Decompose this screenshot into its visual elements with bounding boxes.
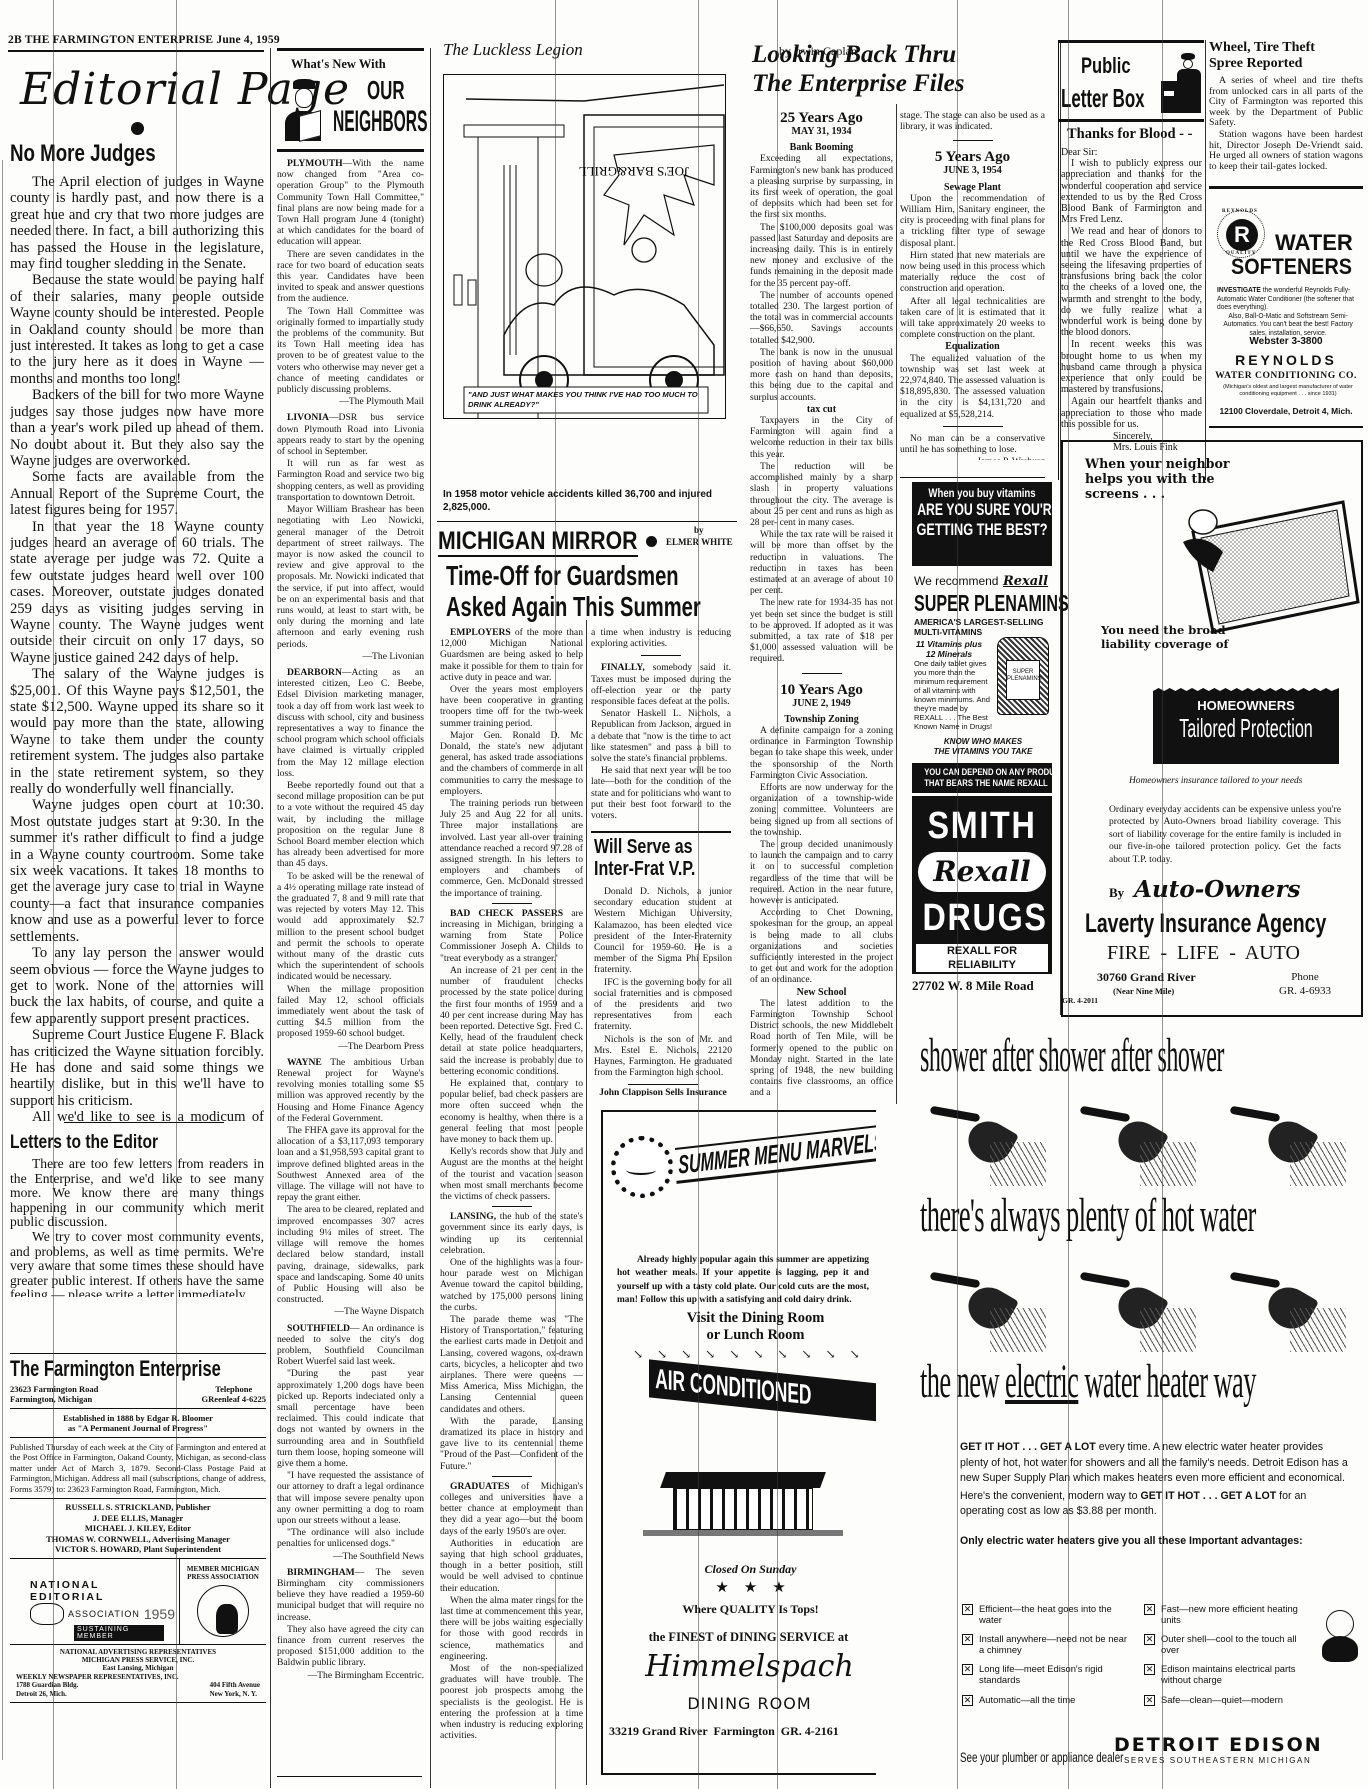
reading-man-icon — [281, 79, 325, 143]
nea-badge: NATIONAL EDITORIAL ASSOCIATION 1959 SUST… — [10, 1559, 180, 1644]
vitamin-bottle-icon: SUPER PLENAMINS — [997, 637, 1049, 715]
looking-back-col1: 25 Years Ago MAY 31, 1934 Bank Booming E… — [750, 110, 893, 1100]
public-letter-box: Public Letter Box Thanks for Blood - - D… — [1058, 40, 1204, 480]
interfrat-headline: Will Serve as Inter-Frat V.P. — [594, 836, 732, 880]
michigan-map-icon — [197, 1585, 249, 1637]
restaurant-ad: SUMMER MENU MARVELS Already highly popul… — [601, 1110, 876, 1775]
shower-head-icon — [1080, 1102, 1200, 1192]
publication-notice: Published Thursday of each week at the C… — [10, 1437, 266, 1498]
nea-emblem-icon — [30, 1603, 64, 1625]
cartoon-caption: "AND JUST WHAT MAKES YOU THINK I'VE HAD … — [468, 390, 704, 410]
auto-owners-ad: When your neighbor helps you with the sc… — [1061, 440, 1363, 1017]
reynolds-logo: R REYNOLDS QUALITY — [1217, 210, 1265, 258]
smiling-sun-icon — [611, 1136, 673, 1198]
staff-list: RUSSELL S. STRICKLAND, Publisher J. DEE … — [10, 1498, 266, 1558]
shower-head-icon — [1230, 1268, 1350, 1358]
publisher-name: The Farmington Enterprise — [10, 1356, 202, 1382]
michigan-mirror-col2: a time when industry is reducing explori… — [591, 627, 731, 827]
checkbox-x-icon: ✕ — [962, 1695, 973, 1706]
rexall-logo: Rexall — [1003, 574, 1048, 589]
cartoon: The Luckless Legion by Irwin Caplan — [443, 40, 728, 60]
neighbors-item-wayne: WAYNE The ambitious Urban Renewal projec… — [277, 1057, 424, 1318]
interfrat-story: Will Serve as Inter-Frat V.P. Donald D. … — [594, 836, 732, 1096]
shower-head-icon — [930, 1268, 1050, 1358]
checkbox-x-icon: ✕ — [962, 1604, 973, 1615]
looking-back-col2: stage. The stage can also be used as a l… — [900, 110, 1045, 460]
cartoon-frame: JOE'S BAR&GRILL "AND JUST WHAT MAKES YOU… — [443, 74, 726, 419]
air-conditioned-banner: AIR CONDITIONED — [649, 1359, 876, 1422]
neighbors-item-plymouth: PLYMOUTH—With the name now changed from … — [277, 158, 424, 407]
michigan-mirror-header: MICHIGAN MIRROR by ELMER WHITE — [438, 525, 736, 557]
rexall-ad: When you buy vitamins ARE YOU SURE YOU'R… — [912, 482, 1052, 1007]
letters-to-editor: Letters to the Editor There are too few … — [10, 1132, 264, 1297]
neighbors-header: What's New With OUR NEIGHBORS — [277, 48, 424, 152]
publisher-phone: GReenleaf 4-6225 — [202, 1394, 266, 1404]
michigan-mirror-headline: Time-Off for Guardsmen Asked Again This … — [446, 560, 727, 622]
bullet-ornament — [131, 122, 144, 135]
cool-air-arrows: ↘↘↘↘↘↘↘↘↘↘ — [633, 1347, 873, 1362]
publisher-box: The Farmington Enterprise 23623 Farmingt… — [10, 1356, 266, 1701]
advantages-list-right: ✕Fast—new more efficient heating units ✕… — [1144, 1604, 1304, 1706]
agency-phone: GR. 4-6933 — [1279, 984, 1331, 998]
checkbox-x-icon: ✕ — [1144, 1604, 1155, 1615]
neighbors-item-dearborn: DEARBORN—Acting as an interested citizen… — [277, 667, 424, 1052]
auto-owners-logo: Auto-Owners — [1134, 876, 1300, 903]
cartoon-footnote: In 1958 motor vehicle accidents killed 3… — [443, 488, 728, 514]
checkbox-x-icon: ✕ — [962, 1664, 973, 1675]
page-line: 2B THE FARMINGTON ENTERPRISE June 4, 195… — [8, 34, 264, 46]
shower-heads-row-1 — [930, 1102, 1350, 1192]
svg-text:JOE'S BAR&GRILL: JOE'S BAR&GRILL — [579, 164, 689, 179]
editorial-body: The April election of judges in Wayne co… — [10, 174, 264, 1125]
michigan-mirror-col1: EMPLOYERS of the more than 12,000 Michig… — [440, 627, 583, 1787]
reynolds-ad: R REYNOLDS QUALITY WATER SOFTENERS INVES… — [1209, 194, 1363, 430]
stars-icon: ★ ★ ★ — [603, 1578, 876, 1597]
neighbors-item-birmingham: BIRMINGHAM— The seven Birmingham city co… — [277, 1567, 424, 1681]
shower-head-icon — [930, 1102, 1050, 1192]
cartoon-title: The Luckless Legion — [443, 40, 583, 60]
restaurant-building-illustration — [663, 1442, 823, 1542]
smith-rexall-drugs-logo: SMITH Rexall DRUGS REXALL FOR RELIABILIT… — [912, 796, 1052, 974]
rexall-banner: When you buy vitamins ARE YOU SURE YOU'R… — [912, 482, 1052, 566]
ad-reps: NATIONAL ADVERTISING REPRESENTATIVES MIC… — [10, 1644, 266, 1701]
editorial-column: No More Judges The April election of jud… — [10, 140, 264, 1125]
checkbox-x-icon: ✕ — [1144, 1695, 1155, 1706]
detroit-edison-logo: DETROIT EDISON — [1114, 1734, 1323, 1756]
screen-illustration-icon — [1173, 492, 1363, 642]
checkbox-x-icon: ✕ — [1144, 1664, 1155, 1675]
neighbors-column: PLYMOUTH—With the name now changed from … — [277, 158, 424, 1783]
shower-head-icon — [1080, 1268, 1200, 1358]
neighbors-item-livonia: LIVONIA—DSR bus service down Plymouth Ro… — [277, 412, 424, 661]
quote: No man can be a conservative until he ha… — [900, 433, 1045, 455]
shower-head-icon — [1230, 1102, 1350, 1192]
editorial-headline: No More Judges — [10, 140, 208, 168]
mailbox-man-icon — [1161, 53, 1203, 117]
shower-heads-row-2 — [930, 1268, 1350, 1358]
bullet-icon — [646, 536, 657, 547]
checkbox-x-icon: ✕ — [962, 1634, 973, 1645]
cartoon-illustration: JOE'S BAR&GRILL — [444, 75, 726, 419]
theft-story: Wheel, Tire Theft Spree Reported A serie… — [1209, 40, 1363, 185]
summer-banner: SUMMER MENU MARVELS — [675, 1124, 876, 1184]
detroit-edison-ad: shower after shower after shower there's… — [890, 1022, 1368, 1789]
advantages-list-left: ✕Efficient—the heat goes into the water … — [962, 1604, 1132, 1706]
checkbox-x-icon: ✕ — [1144, 1634, 1155, 1645]
neighbors-item-southfield: SOUTHFIELD— An ordinance is needed to so… — [277, 1323, 424, 1562]
himmelspach-logo: Himmelspach — [603, 1649, 876, 1684]
looking-back-title: Looking Back Thru The Enterprise Files — [752, 40, 1052, 98]
letter-headline: Thanks for Blood - - — [1061, 126, 1202, 143]
theft-headline: Wheel, Tire Theft Spree Reported — [1209, 40, 1319, 72]
reddy-kilowatt-mascot-icon — [1320, 1610, 1360, 1670]
letters-headline: Letters to the Editor — [10, 1132, 218, 1154]
page-header: 2B THE FARMINGTON ENTERPRISE June 4, 195… — [8, 34, 264, 46]
homeowners-badge: HOMEOWNERS Tailored Protection — [1153, 688, 1339, 764]
